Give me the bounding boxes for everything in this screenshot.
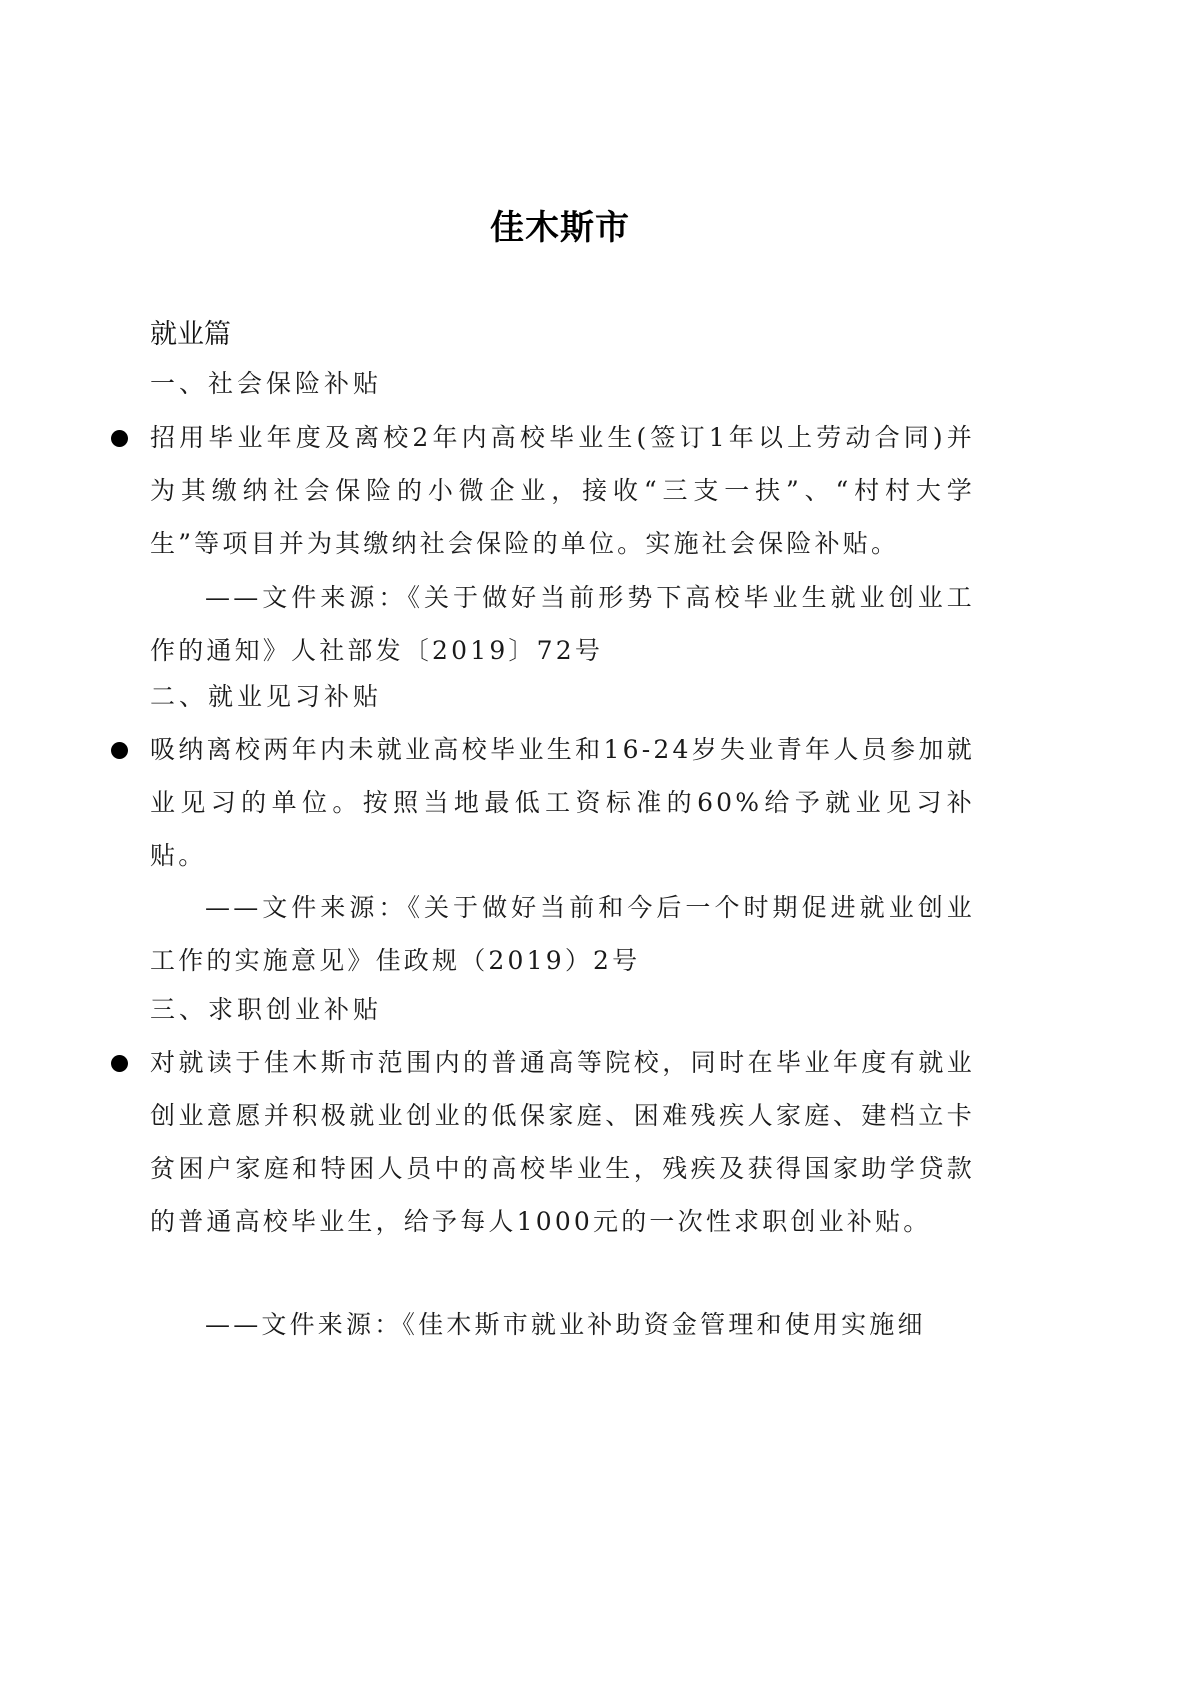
section-body-internship: 吸纳离校两年内未就业高校毕业生和16-24岁失业青年人员参加就业见习的单位。按照…: [150, 723, 975, 882]
section-heading-social-insurance: 一、社会保险补贴: [150, 357, 382, 410]
bullet-icon: [111, 430, 128, 447]
section-heading-job-seeking: 三、求职创业补贴: [150, 983, 382, 1036]
section-source-job-seeking: ——文件来源：《佳木斯市就业补助资金管理和使用实施细: [150, 1298, 975, 1351]
bullet-icon: [111, 742, 128, 759]
section-body-social-insurance: 招用毕业年度及离校2年内高校毕业生(签订1年以上劳动合同)并为其缴纳社会保险的小…: [150, 411, 975, 570]
section-body-job-seeking: 对就读于佳木斯市范围内的普通高等院校，同时在毕业年度有就业创业意愿并积极就业创业…: [150, 1036, 975, 1248]
section-heading-internship: 二、就业见习补贴: [150, 670, 382, 723]
section-source-internship: ——文件来源：《关于做好当前和今后一个时期促进就业创业工作的实施意见》佳政规（2…: [150, 881, 975, 987]
section-source-social-insurance: ——文件来源：《关于做好当前形势下高校毕业生就业创业工作的通知》人社部发〔201…: [150, 571, 975, 677]
category-title: 就业篇: [150, 312, 231, 351]
document-page: 佳木斯市 就业篇 一、社会保险补贴 招用毕业年度及离校2年内高校毕业生(签订1年…: [0, 0, 1190, 1683]
page-title: 佳木斯市: [0, 200, 1120, 249]
bullet-icon: [111, 1055, 128, 1072]
